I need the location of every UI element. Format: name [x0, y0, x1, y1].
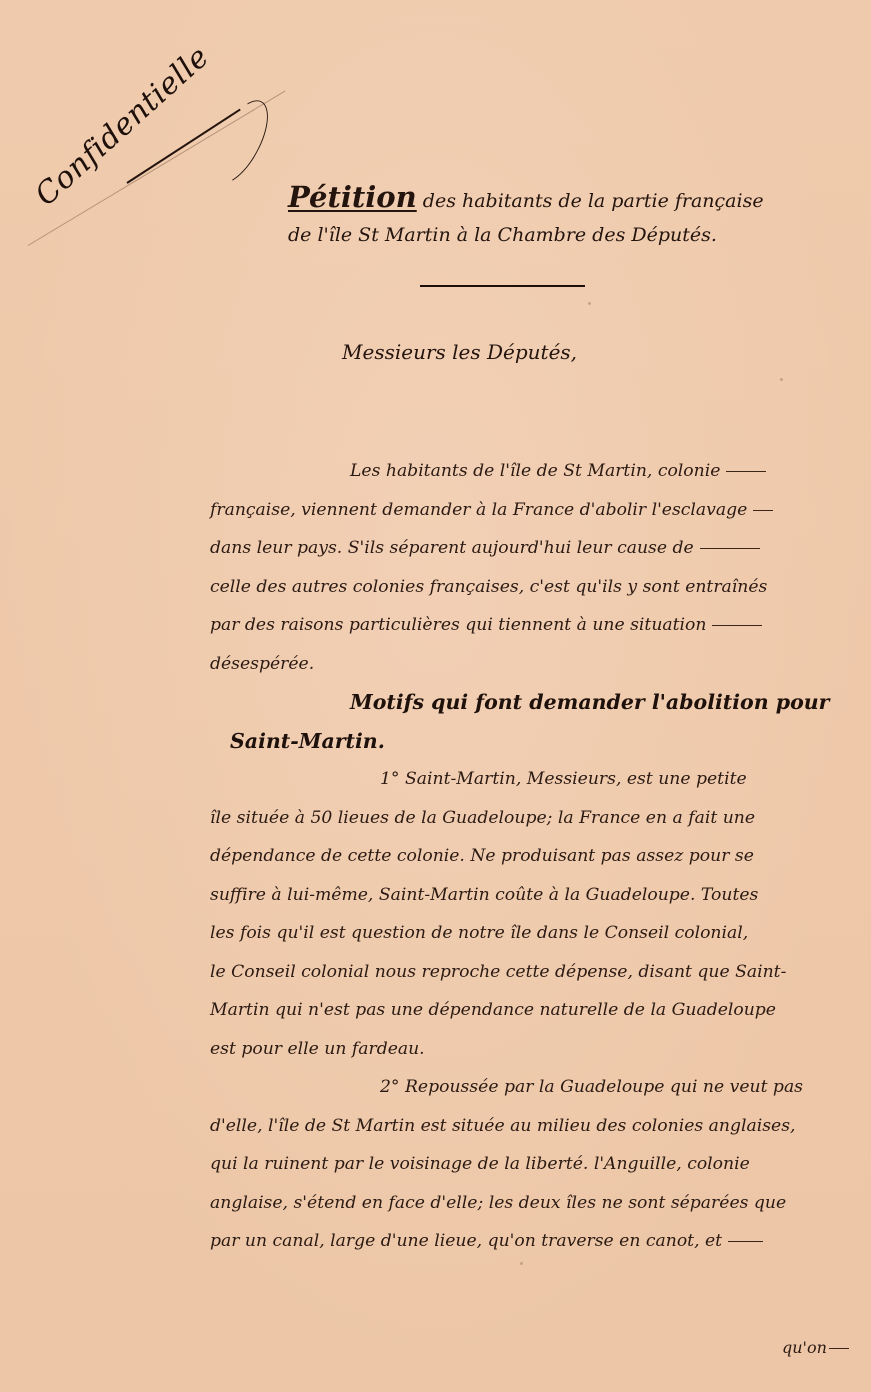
section-heading: Saint-Martin. — [210, 722, 850, 761]
text-line: les fois qu'il est question de notre île… — [210, 914, 850, 953]
paper-speck — [780, 378, 783, 381]
title-divider — [420, 285, 585, 287]
line-filler — [753, 510, 773, 511]
text-line: désespérée. — [210, 645, 850, 684]
line-filler — [700, 548, 760, 549]
text-line: 1° Saint-Martin, Messieurs, est une peti… — [210, 760, 850, 799]
manuscript-page: Confidentielle Pétition des habitants de… — [0, 0, 871, 1392]
text-line: anglaise, s'étend en face d'elle; les de… — [210, 1184, 850, 1223]
catchword: qu'on — [782, 1338, 849, 1357]
title-lead-word: Pétition — [288, 180, 417, 214]
text-line: Les habitants de l'île de St Martin, col… — [210, 452, 850, 491]
text-line: française, viennent demander à la France… — [210, 491, 850, 530]
flourish-loop — [201, 92, 280, 192]
line-filler — [829, 1348, 849, 1349]
text-line: par des raisons particulières qui tienne… — [210, 606, 850, 645]
section-heading: Motifs qui font demander l'abolition pou… — [210, 683, 850, 722]
salutation: Messieurs les Députés, — [342, 340, 577, 364]
text-line: Martin qui n'est pas une dépendance natu… — [210, 991, 850, 1030]
paper-speck — [520, 1262, 523, 1265]
letter-body: Les habitants de l'île de St Martin, col… — [210, 452, 850, 1261]
petition-title: Pétition des habitants de la partie fran… — [288, 180, 808, 252]
line-filler — [726, 471, 766, 472]
text-line: suffire à lui-même, Saint-Martin coûte à… — [210, 876, 850, 915]
text-line: d'elle, l'île de St Martin est située au… — [210, 1107, 850, 1146]
text-line: 2° Repoussée par la Guadeloupe qui ne ve… — [210, 1068, 850, 1107]
text-line: celle des autres colonies françaises, c'… — [210, 568, 850, 607]
text-line: par un canal, large d'une lieue, qu'on t… — [210, 1222, 850, 1261]
text-line: dépendance de cette colonie. Ne produisa… — [210, 837, 850, 876]
line-filler — [728, 1241, 763, 1242]
line-filler — [712, 625, 762, 626]
text-line: qui la ruinent par le voisinage de la li… — [210, 1145, 850, 1184]
text-line: est pour elle un fardeau. — [210, 1030, 850, 1069]
title-line-2: de l'île St Martin à la Chambre des Dépu… — [288, 218, 808, 252]
paper-speck — [588, 302, 591, 305]
text-line: île située à 50 lieues de la Guadeloupe;… — [210, 799, 850, 838]
title-line-1: des habitants de la partie française — [423, 190, 764, 212]
text-line: dans leur pays. S'ils séparent aujourd'h… — [210, 529, 850, 568]
text-line: le Conseil colonial nous reproche cette … — [210, 953, 850, 992]
